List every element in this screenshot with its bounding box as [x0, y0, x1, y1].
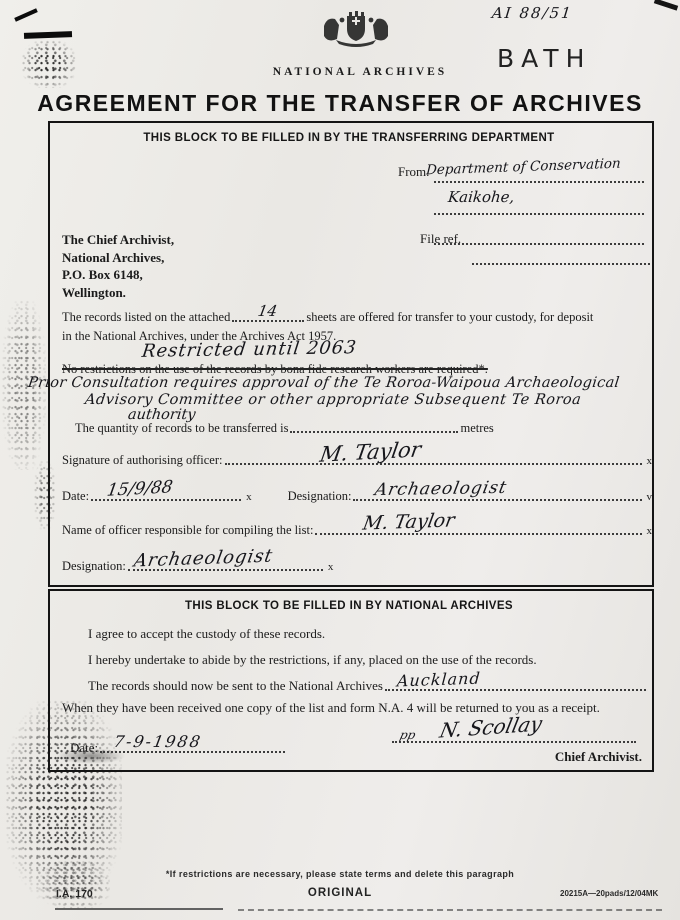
addressee-line: The Chief Archivist,	[62, 231, 174, 249]
consultation-note-line1: Prior Consultation requires approval of …	[27, 375, 620, 391]
archives-date-value: 7-9-1988	[112, 732, 203, 751]
scan-noise-cluster	[22, 40, 76, 88]
sentence-before-sheets: The records listed on the attached	[62, 310, 230, 325]
from-line-1	[434, 180, 644, 183]
scan-artifact-bar	[24, 31, 72, 39]
designation2-line: Archaeologist	[128, 568, 323, 571]
signature-value: M. Taylor	[318, 437, 423, 467]
compiler-line: M. Taylor	[315, 532, 641, 535]
compiler-label: Name of officer responsible for compilin…	[62, 523, 313, 538]
authorising-signature-row: Signature of authorising officer: M. Tay…	[62, 453, 652, 468]
chief-archivist-title: Chief Archivist.	[470, 749, 642, 765]
pp-mark: pp	[398, 728, 417, 742]
addressee-block: The Chief Archivist, National Archives, …	[62, 231, 174, 301]
compiler-x-mark: x	[644, 525, 653, 537]
archives-date-line: 7-9-1988	[100, 750, 285, 753]
scanned-form-page: AI 88/51 BATH NATIONAL ARCHIVES AGREEMEN…	[0, 0, 680, 21]
scan-noise-cluster	[40, 860, 110, 910]
designation2-row: Designation: Archaeologist x	[62, 559, 362, 574]
coat-of-arms-crest	[316, 10, 396, 48]
accept-custody-line: I agree to accept the custody of these r…	[88, 626, 325, 642]
date-designation-row: Date: 15/9/88 x Designation: Archaeologi…	[62, 489, 652, 504]
date-label: Date:	[62, 489, 89, 504]
date-x-mark: x	[243, 491, 252, 503]
addressee-line: P.O. Box 6148,	[62, 266, 174, 284]
send-to-label: The records should now be sent to the Na…	[88, 678, 383, 694]
from-line-3	[434, 242, 644, 245]
designation2-label: Designation:	[62, 559, 126, 574]
send-to-line: Auckland	[385, 688, 646, 691]
addressee-line: Wellington.	[62, 284, 174, 302]
records-offered-sentence: The records listed on the attached 14 sh…	[62, 310, 648, 325]
addressee-line: National Archives,	[62, 249, 174, 267]
print-code: 20215A—20pads/12/04MK	[560, 889, 658, 898]
date-value: 15/9/88	[106, 477, 175, 501]
file-ref-line	[472, 262, 650, 265]
signature-line: M. Taylor	[225, 462, 642, 465]
restrictions-footnote: *If restrictions are necessary, please s…	[0, 869, 680, 879]
compiler-row: Name of officer responsible for compilin…	[62, 523, 652, 538]
archives-date-label: Date:	[70, 740, 98, 756]
scan-artifact-corner	[654, 0, 678, 11]
restriction-note-handwritten: Restricted until 2063	[141, 337, 358, 362]
from-value-line2: Kaikohe,	[447, 188, 515, 206]
signature-x-mark: x	[644, 455, 653, 467]
block2-header: THIS BLOCK TO BE FILLED IN BY NATIONAL A…	[48, 600, 650, 612]
quantity-line	[290, 430, 458, 433]
signature-label: Signature of authorising officer:	[62, 453, 223, 468]
date-line: 15/9/88	[91, 498, 241, 501]
quantity-unit: metres	[460, 421, 493, 436]
file-ref-label: File ref.	[420, 231, 461, 247]
send-to-row: The records should now be sent to the Na…	[88, 678, 648, 694]
organization-name: NATIONAL ARCHIVES	[0, 66, 680, 78]
quantity-row: The quantity of records to be transferre…	[75, 421, 494, 436]
from-line-2	[434, 212, 644, 215]
sentence-after-sheets: sheets are offered for transfer to your …	[306, 310, 593, 325]
consultation-note-line2: Advisory Committee or other appropriate …	[84, 392, 582, 408]
sheets-count-line: 14	[232, 319, 304, 322]
stamp-reference-number: AI 88/51	[491, 4, 574, 22]
scan-artifact-tick	[14, 8, 38, 21]
compiler-value: M. Taylor	[362, 509, 457, 534]
designation-value: Archaeologist	[374, 478, 510, 500]
designation2-x-mark: x	[325, 561, 334, 573]
page-bottom-edge-dashed	[238, 909, 662, 911]
form-title: AGREEMENT FOR THE TRANSFER OF ARCHIVES	[0, 90, 680, 117]
send-to-value: Auckland	[396, 669, 481, 691]
archivist-signature-row: pp N. Scollay	[390, 740, 638, 746]
quantity-label: The quantity of records to be transferre…	[75, 421, 288, 436]
archivist-signature-line: pp N. Scollay	[392, 740, 636, 743]
page-bottom-edge-solid	[55, 908, 223, 910]
block1-header: THIS BLOCK TO BE FILLED IN BY THE TRANSF…	[48, 132, 650, 144]
archives-date-row: Date: 7-9-1988	[70, 740, 310, 756]
designation-label: Designation:	[288, 489, 352, 504]
designation-v-mark: v	[644, 491, 653, 503]
abide-restrictions-line: I hereby undertake to abide by the restr…	[88, 652, 537, 668]
sheets-count-value: 14	[257, 302, 279, 320]
designation-line: Archaeologist	[353, 498, 641, 501]
designation2-value: Archaeologist	[132, 546, 274, 572]
